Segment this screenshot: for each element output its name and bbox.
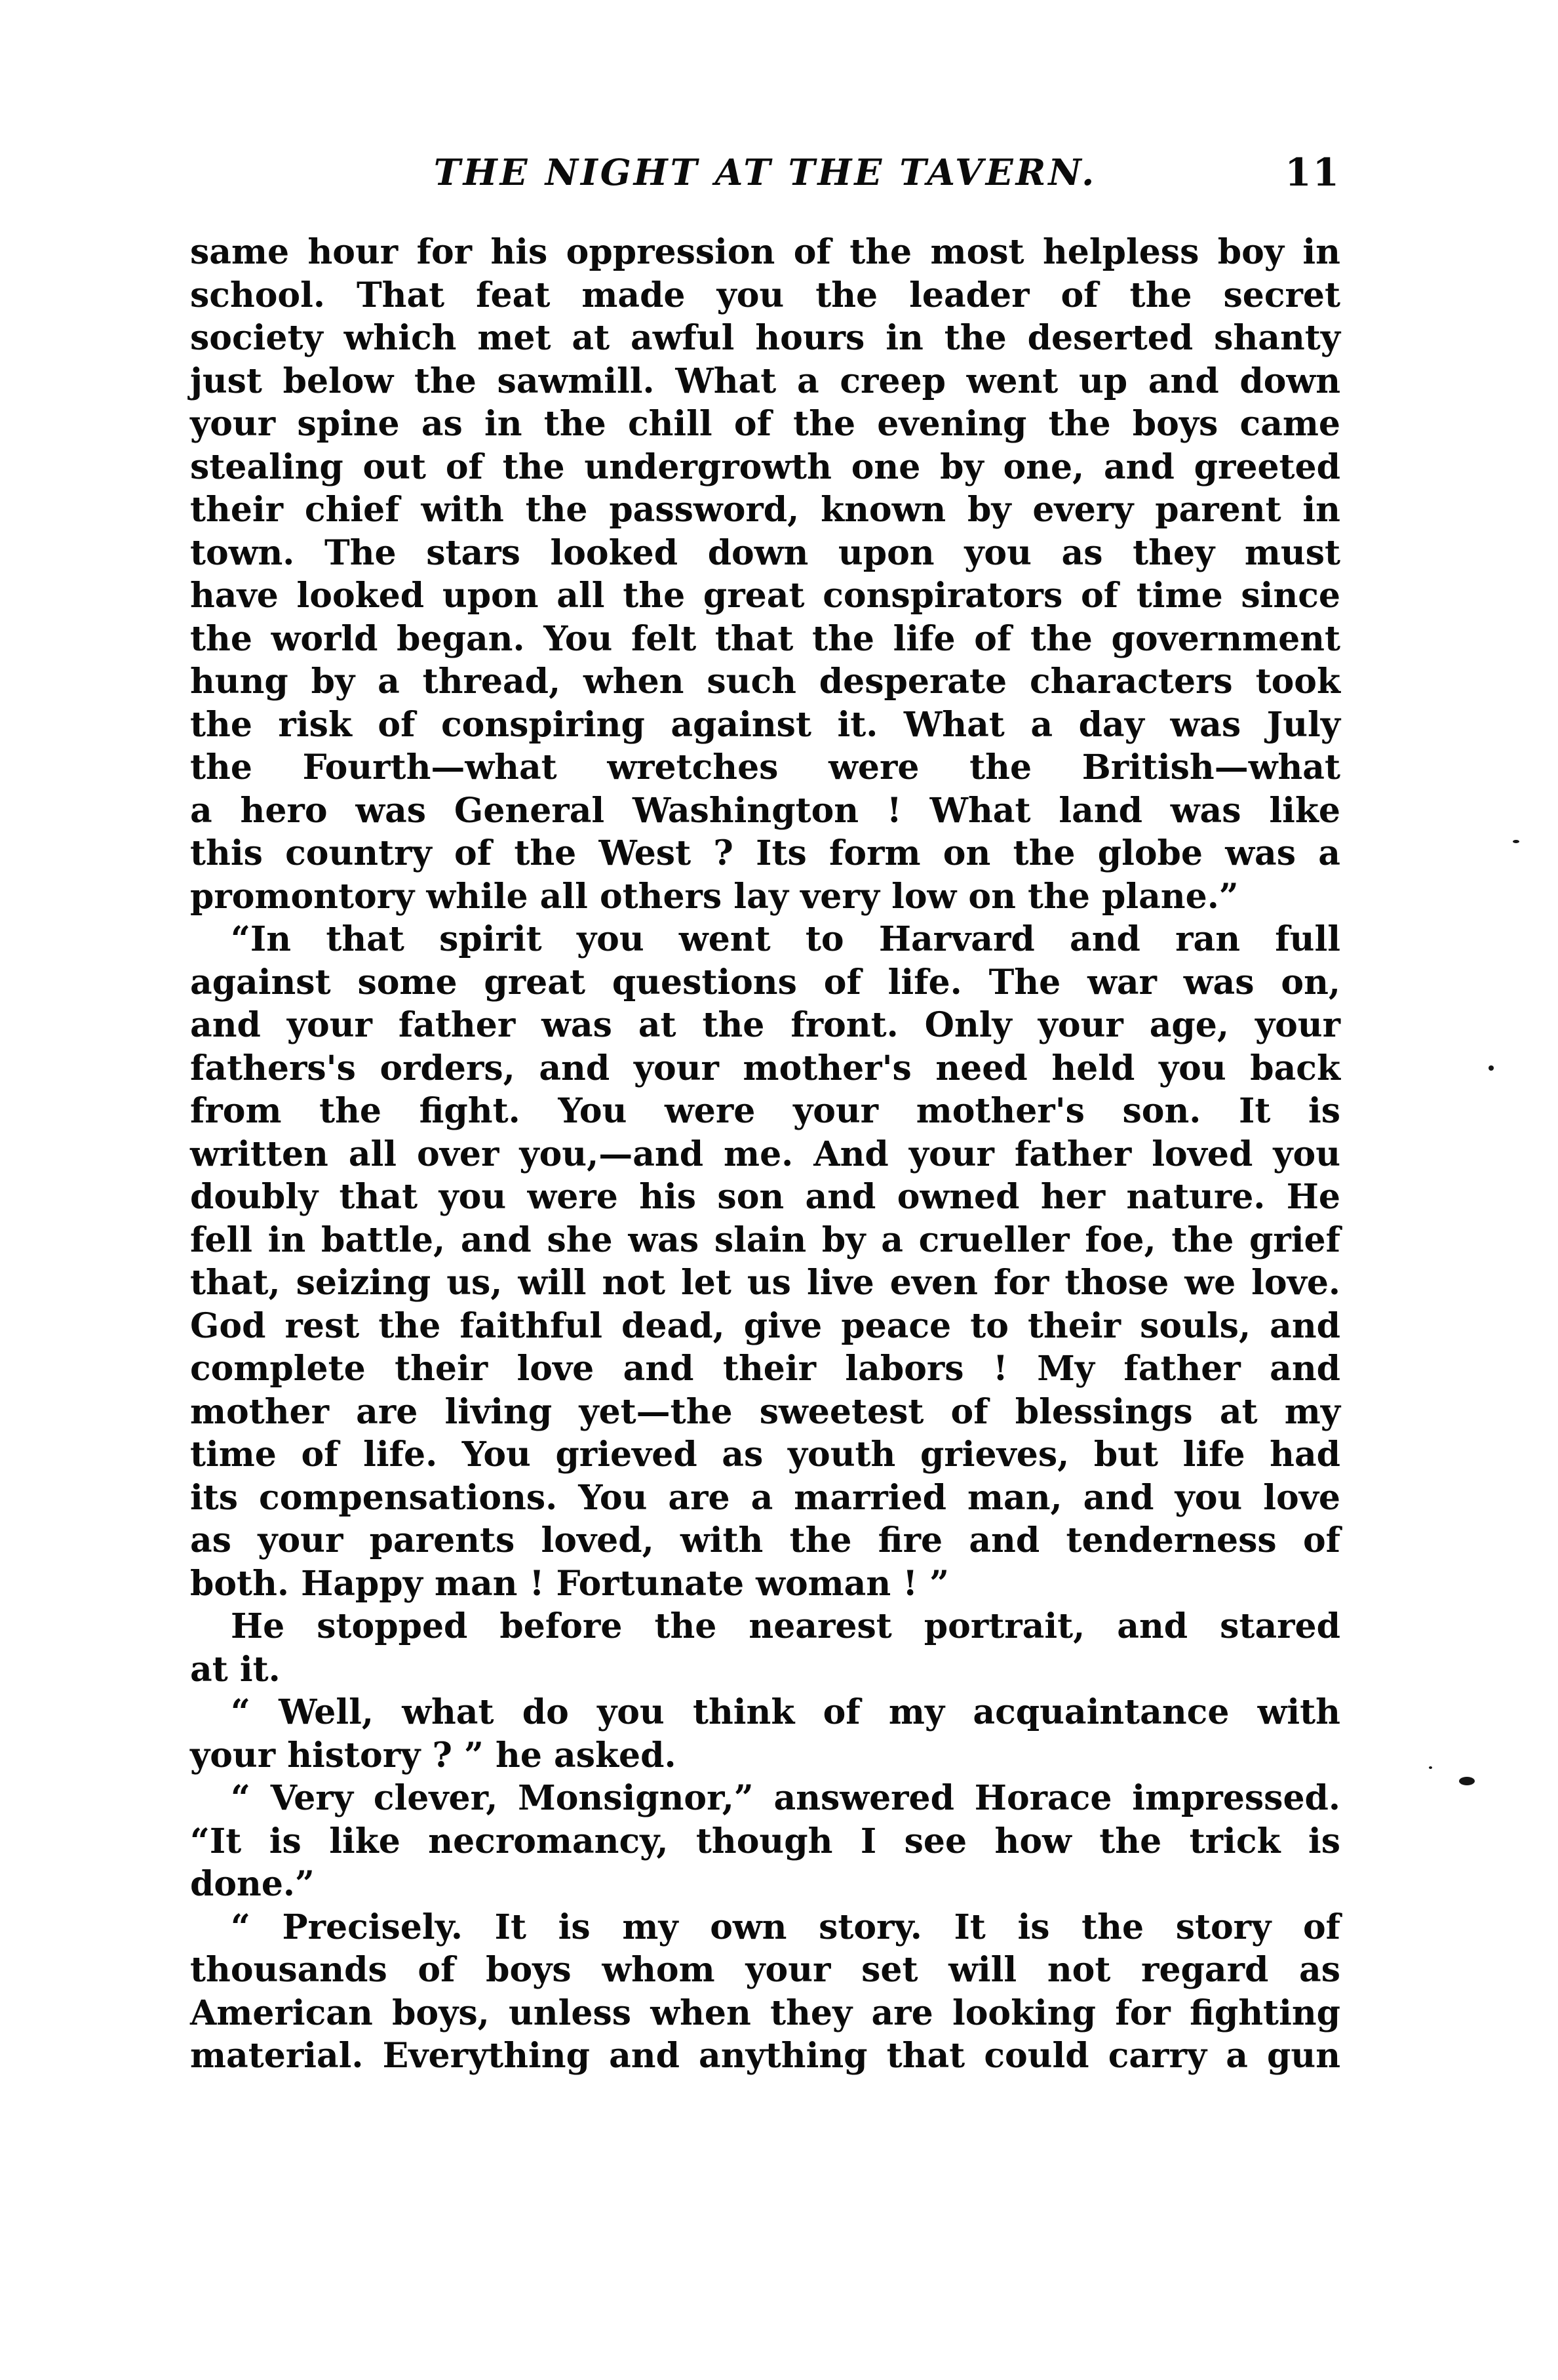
text-line: this country of the West ? Its form on t… <box>190 832 1340 875</box>
text-line: “ Very clever, Monsignor,” answered Hora… <box>190 1777 1340 1820</box>
text-line: society which met at awful hours in the … <box>190 317 1340 360</box>
text-line: done.” <box>190 1863 1340 1906</box>
text-line: “ Well, what do you think of my acquaint… <box>190 1691 1340 1734</box>
text-line: at it. <box>190 1648 1340 1692</box>
ink-speck <box>1513 840 1519 843</box>
text-line: “In that spirit you went to Harvard and … <box>190 918 1340 961</box>
text-line: the risk of conspiring against it. What … <box>190 704 1340 747</box>
book-page: THE NIGHT AT THE TAVERN. 11 same hour fo… <box>0 0 1558 2380</box>
text-line: school. That feat made you the leader of… <box>190 274 1340 317</box>
text-line: that, seizing us, will not let us live e… <box>190 1261 1340 1305</box>
text-line: time of life. You grieved as youth griev… <box>190 1433 1340 1477</box>
text-line: the world began. You felt that the life … <box>190 618 1340 661</box>
text-line: “ Precisely. It is my own story. It is t… <box>190 1906 1340 1949</box>
text-line: your spine as in the chill of the evenin… <box>190 403 1340 446</box>
text-line: just below the sawmill. What a creep wen… <box>190 360 1340 403</box>
ink-speck <box>1429 1766 1432 1769</box>
text-line: complete their love and their labors ! M… <box>190 1347 1340 1391</box>
text-line: your history ? ” he asked. <box>190 1734 1340 1777</box>
text-line: promontory while all others lay very low… <box>190 875 1340 919</box>
text-line: God rest the faithful dead, give peace t… <box>190 1305 1340 1348</box>
ink-speck <box>1459 1777 1475 1785</box>
text-line: stealing out of the undergrowth one by o… <box>190 446 1340 489</box>
text-line: fell in battle, and she was slain by a c… <box>190 1219 1340 1262</box>
page-number: 11 <box>1285 147 1340 198</box>
text-line: both. Happy man ! Fortunate woman ! ” <box>190 1562 1340 1606</box>
text-line: He stopped before the nearest portrait, … <box>190 1605 1340 1648</box>
text-line: a hero was General Washington ! What lan… <box>190 789 1340 833</box>
text-line: their chief with the password, known by … <box>190 488 1340 532</box>
text-line: fathers's orders, and your mother's need… <box>190 1047 1340 1090</box>
text-line: from the fight. You were your mother's s… <box>190 1090 1340 1133</box>
text-line: mother are living yet—the sweetest of bl… <box>190 1391 1340 1434</box>
text-line: same hour for his oppression of the most… <box>190 231 1340 274</box>
text-line: and your father was at the front. Only y… <box>190 1004 1340 1047</box>
text-line: “It is like necromancy, though I see how… <box>190 1820 1340 1863</box>
text-line: its compensations. You are a married man… <box>190 1477 1340 1520</box>
text-line: thousands of boys whom your set will not… <box>190 1949 1340 1992</box>
text-line: against some great questions of life. Th… <box>190 961 1340 1004</box>
text-line: written all over you,—and me. And your f… <box>190 1133 1340 1176</box>
page-header: THE NIGHT AT THE TAVERN. 11 <box>190 147 1340 198</box>
ink-speck <box>1489 1065 1494 1071</box>
text-line: material. Everything and anything that c… <box>190 2034 1340 2078</box>
text-line: town. The stars looked down upon you as … <box>190 532 1340 575</box>
text-column: same hour for his oppression of the most… <box>190 231 1340 2078</box>
text-line: hung by a thread, when such desperate ch… <box>190 660 1340 704</box>
text-line: as your parents loved, with the fire and… <box>190 1519 1340 1562</box>
text-line: have looked upon all the great conspirat… <box>190 574 1340 618</box>
text-line: doubly that you were his son and owned h… <box>190 1176 1340 1219</box>
text-line: the Fourth—what wretches were the Britis… <box>190 746 1340 789</box>
text-line: American boys, unless when they are look… <box>190 1992 1340 2035</box>
running-title: THE NIGHT AT THE TAVERN. <box>190 147 1340 198</box>
